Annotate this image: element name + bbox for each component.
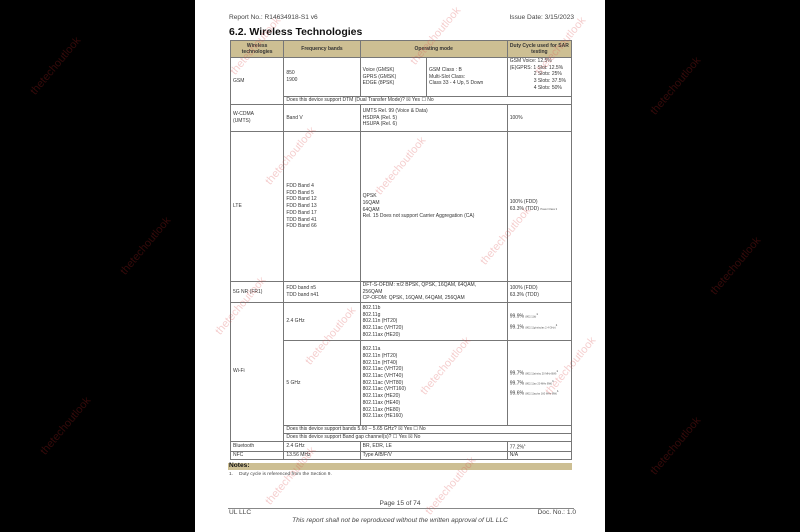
wifi-5-duty-3-note: (802.11ac/ax 160 MHz BW) bbox=[525, 393, 557, 396]
watermark: thetechoutlook bbox=[118, 215, 173, 278]
wifi-5-duty-2-sup: 1 bbox=[552, 379, 554, 383]
wifi-5-duty-3: 99.6% (802.11ac/ax 160 MHz BW)1 bbox=[510, 388, 569, 398]
gsm-tech: GSM bbox=[231, 58, 284, 105]
wifi-24-duty-1-value: 99.9% bbox=[510, 314, 524, 320]
wifi-band-question: Does this device support bands 5.60 – 5.… bbox=[284, 426, 572, 434]
wifi-24-op: 802.11b 802.11g 802.11n (HT20) 802.11ac … bbox=[360, 303, 507, 341]
table-row-wifi-24: Wi-Fi 2.4 GHz 802.11b 802.11g 802.11n (H… bbox=[231, 303, 572, 341]
lte-op-1: QPSK bbox=[363, 193, 505, 200]
gsm-dtm-question: Does this device support DTM (Dual Trans… bbox=[284, 97, 572, 105]
gsm-op-left-1: Voice (GMSK) bbox=[363, 67, 424, 74]
bt-duty-sup: 1 bbox=[524, 443, 526, 447]
wifi-24-op-1: 802.11b bbox=[363, 305, 505, 312]
watermark: thetechoutlook bbox=[38, 395, 93, 458]
wifi-5-op-5: 802.11ac (VHT40) bbox=[363, 373, 505, 380]
wifi-24-op-5: 802.11ax (HE20) bbox=[363, 332, 505, 339]
wifi-5-duty-1-value: 99.7% bbox=[510, 370, 524, 376]
wifi-tech: Wi-Fi bbox=[231, 303, 284, 441]
wifi-5-duty-3-sup: 1 bbox=[557, 389, 559, 393]
issue-date: Issue Date: 3/15/2023 bbox=[509, 14, 574, 21]
wifi-24-duty: 99.9% (802.11b)1 99.1% (802.11g/n/ac/ax … bbox=[507, 303, 571, 341]
lte-op-3: 64QAM bbox=[363, 207, 505, 214]
gsm-op-right-1: GSM Class : B bbox=[429, 67, 505, 74]
table-row-bluetooth: Bluetooth 2.4 GHz BR, EDR, LE 77.2%1 bbox=[231, 441, 572, 451]
lte-freq: FDD Band 4 FDD Band 5 FDD Band 12 FDD Ba… bbox=[284, 132, 360, 282]
lte-freq-3: FDD Band 12 bbox=[286, 196, 357, 203]
wifi-5-op-2: 802.11n (HT20) bbox=[363, 353, 505, 360]
lte-freq-7: FDD Band 66 bbox=[286, 223, 357, 230]
gsm-op-right-3: Class 33 - 4 Up, 5 Down bbox=[429, 80, 505, 87]
note-number: 1. bbox=[229, 472, 239, 477]
nfc-op: Type A/B/F/V bbox=[360, 451, 507, 459]
gsm-freq-1: 850 bbox=[286, 70, 357, 77]
gsm-duty-1: GSM Voice: 12.5% bbox=[510, 58, 569, 65]
wifi-5-op-9: 802.11ax (HE40) bbox=[363, 400, 505, 407]
nr-op: DFT-S-OFDM: π/2 BPSK, QPSK, 16QAM, 64QAM… bbox=[360, 282, 507, 303]
gsm-duty-5: 4 Slots: 50% bbox=[510, 85, 569, 92]
wcdma-freq: Band V bbox=[284, 105, 360, 132]
notes-title: Notes: bbox=[229, 462, 250, 469]
wifi-5-op-6: 802.11ac (VHT80) bbox=[363, 380, 505, 387]
footer-doc-no: Doc. No.: 1.0 bbox=[538, 509, 576, 516]
wcdma-op-1: UMTS Rel. 99 (Voice & Data) bbox=[363, 108, 505, 115]
wifi-5-op-11: 802.11ax (HE160) bbox=[363, 413, 505, 420]
lte-op: QPSK 16QAM 64QAM Rel. 15 Does not suppor… bbox=[360, 132, 507, 282]
wifi-24-duty-2-value: 99.1% bbox=[510, 324, 524, 330]
wifi-5-op-8: 802.11ax (HE20) bbox=[363, 393, 505, 400]
gsm-freq: 850 1900 bbox=[284, 58, 360, 97]
nr-op-2: 256QAM bbox=[363, 289, 505, 296]
nr-duty-2: 63.3% (TDD) bbox=[510, 292, 569, 299]
gsm-op-left: Voice (GMSK) GPRS (GMSK) EDGE (8PSK) bbox=[360, 58, 426, 97]
wifi-5-duty-2: 99.7% (802.11ax 20 MHz BW)1 bbox=[510, 378, 569, 388]
watermark: thetechoutlook bbox=[648, 55, 703, 118]
note-item: 1.Duty cycle is referenced from the Sect… bbox=[229, 472, 332, 477]
gsm-op-right: GSM Class : B Multi-Slot Class: Class 33… bbox=[427, 58, 508, 97]
watermark: thetechoutlook bbox=[708, 235, 763, 298]
wifi-5-op-7: 802.11ac (VHT160) bbox=[363, 386, 505, 393]
wifi-5-op-1: 802.11a bbox=[363, 346, 505, 353]
wcdma-tech: W-CDMA (UMTS) bbox=[231, 105, 284, 132]
page-number: Page 15 of 74 bbox=[195, 500, 605, 507]
gsm-duty-4: 3 Slots: 37.5% bbox=[510, 78, 569, 85]
nr-tech: 5G NR (FR1) bbox=[231, 282, 284, 303]
table-row-wcdma: W-CDMA (UMTS) Band V UMTS Rel. 99 (Voice… bbox=[231, 105, 572, 132]
lte-op-4: Rel. 15 Does not support Carrier Aggrega… bbox=[363, 213, 505, 220]
nr-op-1: DFT-S-OFDM: π/2 BPSK, QPSK, 16QAM, 64QAM… bbox=[363, 282, 505, 289]
gsm-op-left-3: EDGE (8PSK) bbox=[363, 80, 424, 87]
bt-freq: 2.4 GHz bbox=[284, 441, 360, 451]
lte-freq-1: FDD Band 4 bbox=[286, 183, 357, 190]
wireless-technologies-table: Wireless technologies Frequency bands Op… bbox=[230, 40, 572, 460]
bt-op: BR, EDR, LE bbox=[360, 441, 507, 451]
col-header-freq: Frequency bands bbox=[284, 41, 360, 58]
document-page: Report No.: R14634918-S1 v6 Issue Date: … bbox=[195, 0, 605, 532]
wifi-5-duty-1: 99.7% (802.11a/n/ac 20 MHz BW)1 bbox=[510, 368, 569, 378]
wifi-24-duty-2-sup: 1 bbox=[556, 323, 558, 327]
gsm-op-right-2: Multi-Slot Class: bbox=[429, 74, 505, 81]
wifi-24-freq: 2.4 GHz bbox=[284, 303, 360, 341]
table-header-row: Wireless technologies Frequency bands Op… bbox=[231, 41, 572, 58]
watermark: thetechoutlook bbox=[28, 35, 83, 98]
table-row-nr: 5G NR (FR1) FDD band n5 TDD band n41 DFT… bbox=[231, 282, 572, 303]
lte-freq-6: TDD Band 41 bbox=[286, 217, 357, 224]
notes-bar bbox=[228, 463, 572, 470]
wifi-24-duty-1-sup: 1 bbox=[536, 312, 538, 316]
wifi-5-freq: 5 GHz bbox=[284, 341, 360, 426]
wifi-gap-question: Does this device support Band gap channe… bbox=[284, 433, 572, 441]
gsm-op-left-2: GPRS (GMSK) bbox=[363, 74, 424, 81]
lte-duty: 100% (FDD) 63.3% (TDD) Power Class 3 bbox=[507, 132, 571, 282]
table-row-nfc: NFC 13.56 MHz Type A/B/F/V N/A bbox=[231, 451, 572, 459]
nr-freq: FDD band n5 TDD band n41 bbox=[284, 282, 360, 303]
wcdma-op: UMTS Rel. 99 (Voice & Data) HSDPA (Rel. … bbox=[360, 105, 507, 132]
lte-op-2: 16QAM bbox=[363, 200, 505, 207]
gsm-duty: GSM Voice: 12.5% (E)GPRS: 1 Slot: 12.5% … bbox=[507, 58, 571, 97]
wcdma-op-3: HSUPA (Rel. 6) bbox=[363, 121, 505, 128]
note-text: Duty cycle is referenced from the Sectio… bbox=[239, 472, 332, 477]
nr-duty: 100% (FDD) 63.3% (TDD) bbox=[507, 282, 571, 303]
wcdma-tech-1: W-CDMA bbox=[233, 111, 281, 118]
nfc-freq: 13.56 MHz bbox=[284, 451, 360, 459]
nfc-duty: N/A bbox=[507, 451, 571, 459]
lte-duty-tdd-note: Power Class 3 bbox=[540, 208, 557, 211]
wifi-24-op-4: 802.11ac (VHT20) bbox=[363, 325, 505, 332]
bt-duty: 77.2%1 bbox=[507, 441, 571, 451]
col-header-duty: Duty Cycle used for SAR testing bbox=[507, 41, 571, 58]
nr-freq-2: TDD band n41 bbox=[286, 292, 357, 299]
section-title: 6.2. Wireless Technologies bbox=[229, 26, 362, 38]
wifi-24-duty-1: 99.9% (802.11b)1 bbox=[510, 311, 569, 321]
gsm-duty-3: 2 Slots: 25% bbox=[510, 71, 569, 78]
wcdma-op-2: HSDPA (Rel. 5) bbox=[363, 115, 505, 122]
lte-duty-tdd: 63.3% (TDD) bbox=[510, 206, 539, 212]
nr-duty-1: 100% (FDD) bbox=[510, 285, 569, 292]
wifi-5-duty-1-sup: 1 bbox=[556, 369, 558, 373]
wifi-5-op: 802.11a 802.11n (HT20) 802.11n (HT40) 80… bbox=[360, 341, 507, 426]
bt-tech: Bluetooth bbox=[231, 441, 284, 451]
lte-tech: LTE bbox=[231, 132, 284, 282]
gsm-freq-2: 1900 bbox=[286, 77, 357, 84]
nr-freq-1: FDD band n5 bbox=[286, 285, 357, 292]
wcdma-tech-2: (UMTS) bbox=[233, 118, 281, 125]
wifi-5-op-4: 802.11ac (VHT20) bbox=[363, 366, 505, 373]
wcdma-duty: 100% bbox=[507, 105, 571, 132]
col-header-tech: Wireless technologies bbox=[231, 41, 284, 58]
wifi-5-duty-3-value: 99.6% bbox=[510, 391, 524, 397]
wifi-5-op-3: 802.11n (HT40) bbox=[363, 360, 505, 367]
watermark: thetechoutlook bbox=[648, 415, 703, 478]
table-row-gsm: GSM 850 1900 Voice (GMSK) GPRS (GMSK) ED… bbox=[231, 58, 572, 97]
lte-freq-4: FDD Band 13 bbox=[286, 203, 357, 210]
wifi-5-duty: 99.7% (802.11a/n/ac 20 MHz BW)1 99.7% (8… bbox=[507, 341, 571, 426]
wifi-24-duty-2-note: (802.11g/n/ac/ax 2.4 GHz) bbox=[525, 326, 555, 329]
footer-divider bbox=[228, 508, 574, 509]
wifi-5-op-10: 802.11ax (HE80) bbox=[363, 407, 505, 414]
table-row-lte: LTE FDD Band 4 FDD Band 5 FDD Band 12 FD… bbox=[231, 132, 572, 282]
bt-duty-value: 77.2% bbox=[510, 444, 524, 450]
report-number: Report No.: R14634918-S1 v6 bbox=[229, 14, 318, 21]
nr-op-3: CP-OFDM: QPSK, 16QAM, 64QAM, 256QAM bbox=[363, 295, 505, 302]
wifi-24-op-2: 802.11g bbox=[363, 312, 505, 319]
wifi-5-duty-1-note: (802.11a/n/ac 20 MHz BW) bbox=[525, 372, 556, 375]
wifi-24-duty-2: 99.1% (802.11g/n/ac/ax 2.4 GHz)1 bbox=[510, 322, 569, 332]
wifi-5-duty-2-note: (802.11ax 20 MHz BW) bbox=[525, 383, 552, 386]
col-header-op: Operating mode bbox=[360, 41, 507, 58]
wifi-5-duty-2-value: 99.7% bbox=[510, 381, 524, 387]
wifi-24-duty-1-note: (802.11b) bbox=[525, 316, 536, 319]
gsm-duty-2: (E)GPRS: 1 Slot: 12.5% bbox=[510, 65, 569, 72]
lte-duty-tdd-line: 63.3% (TDD) Power Class 3 bbox=[510, 206, 569, 214]
lte-duty-fdd: 100% (FDD) bbox=[510, 199, 569, 206]
footer-company: UL LLC bbox=[229, 509, 251, 516]
wifi-24-op-3: 802.11n (HT20) bbox=[363, 318, 505, 325]
nfc-tech: NFC bbox=[231, 451, 284, 459]
lte-freq-5: FDD Band 17 bbox=[286, 210, 357, 217]
lte-freq-2: FDD Band 5 bbox=[286, 190, 357, 197]
footer-disclaimer: This report shall not be reproduced with… bbox=[195, 517, 605, 524]
